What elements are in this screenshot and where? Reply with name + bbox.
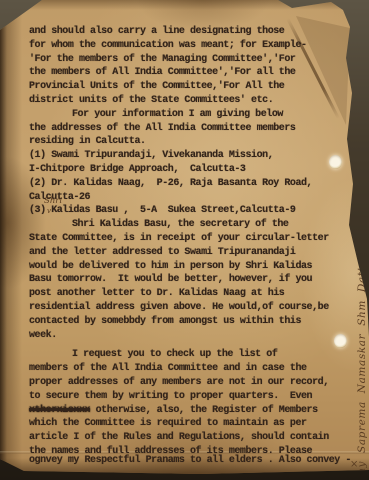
typed-line: and the letter addressed to Swami Tripur… xyxy=(29,246,361,260)
typed-line: ognvey my Respectful Pranams to all elde… xyxy=(29,454,361,468)
typed-line: For your information I am giving below xyxy=(29,108,361,122)
typed-line: members of the All India Committee and i… xyxy=(29,362,361,376)
typed-line: proper addresses of any members are not … xyxy=(29,376,361,390)
typed-line: article I of the Rules and Regulations, … xyxy=(29,431,361,445)
struck-text: xtherxisxxx xyxy=(29,405,90,416)
typed-line: State Committee, is in receipt of your c… xyxy=(29,232,361,246)
handwritten-caret-mark: v xyxy=(47,207,51,215)
typed-line: the members of All India Committee','For… xyxy=(29,66,361,80)
handwritten-margin-note: my Saprema Namaskar Shm Dattaji, and oth… xyxy=(356,84,368,478)
typed-line: (3) Kalidas Basu , 5-A Sukea Street,Calc… xyxy=(29,204,361,218)
typed-line: which the Committee is required to maint… xyxy=(29,417,361,431)
typed-line: district units of the State Committees' … xyxy=(29,94,361,108)
typed-line: post another letter to Dr. Kalidas Naag … xyxy=(29,287,361,301)
letter-paper: and should also carry a line designating… xyxy=(0,0,369,474)
typed-line: Calcutta-26 xyxy=(29,191,361,205)
typed-line: to secure them by writing to proper quar… xyxy=(29,390,361,404)
typed-line: I-Chitpore Bridge Approach, Calcutta-3 xyxy=(29,163,361,177)
typed-line: 'For the members of the Managing Committ… xyxy=(29,53,361,67)
typed-line: xtherxisxxx otherwise, also, the Registe… xyxy=(29,404,361,418)
typed-line: Shri Kalidas Basu, the secretary of the xyxy=(29,218,361,232)
typed-line: residential address given above. He woul… xyxy=(29,301,361,315)
typed-text-block: and should also carry a line designating… xyxy=(29,25,361,468)
typed-line: I request you to check up the list of xyxy=(29,348,361,362)
typed-line: residing in Calcutta. xyxy=(29,135,361,149)
typed-line: Basu tomorrow. It would be better, howev… xyxy=(29,273,361,287)
typed-line: for whom the communication was meant; fo… xyxy=(29,39,361,53)
page-background: { "document": { "kind": "scanned typewri… xyxy=(0,0,369,480)
typed-line: the addresses of the All India Committee… xyxy=(29,122,361,136)
typed-line: contacted by somebbdy from amongst us wi… xyxy=(29,315,361,329)
typed-line: and should also carry a line designating… xyxy=(29,25,361,39)
typed-line: would be delivered to him in person by S… xyxy=(29,260,361,274)
typed-line: week. xyxy=(29,329,361,343)
typed-line: (1) Swami Tripurandaji, Vivekananda Miss… xyxy=(29,149,361,163)
handwritten-shri-insert: Shri xyxy=(44,196,62,206)
typed-line: Provincial Units of the Committee,'For A… xyxy=(29,80,361,94)
typed-line: (2) Dr. Kalidas Naag, P-26, Raja Basanta… xyxy=(29,177,361,191)
